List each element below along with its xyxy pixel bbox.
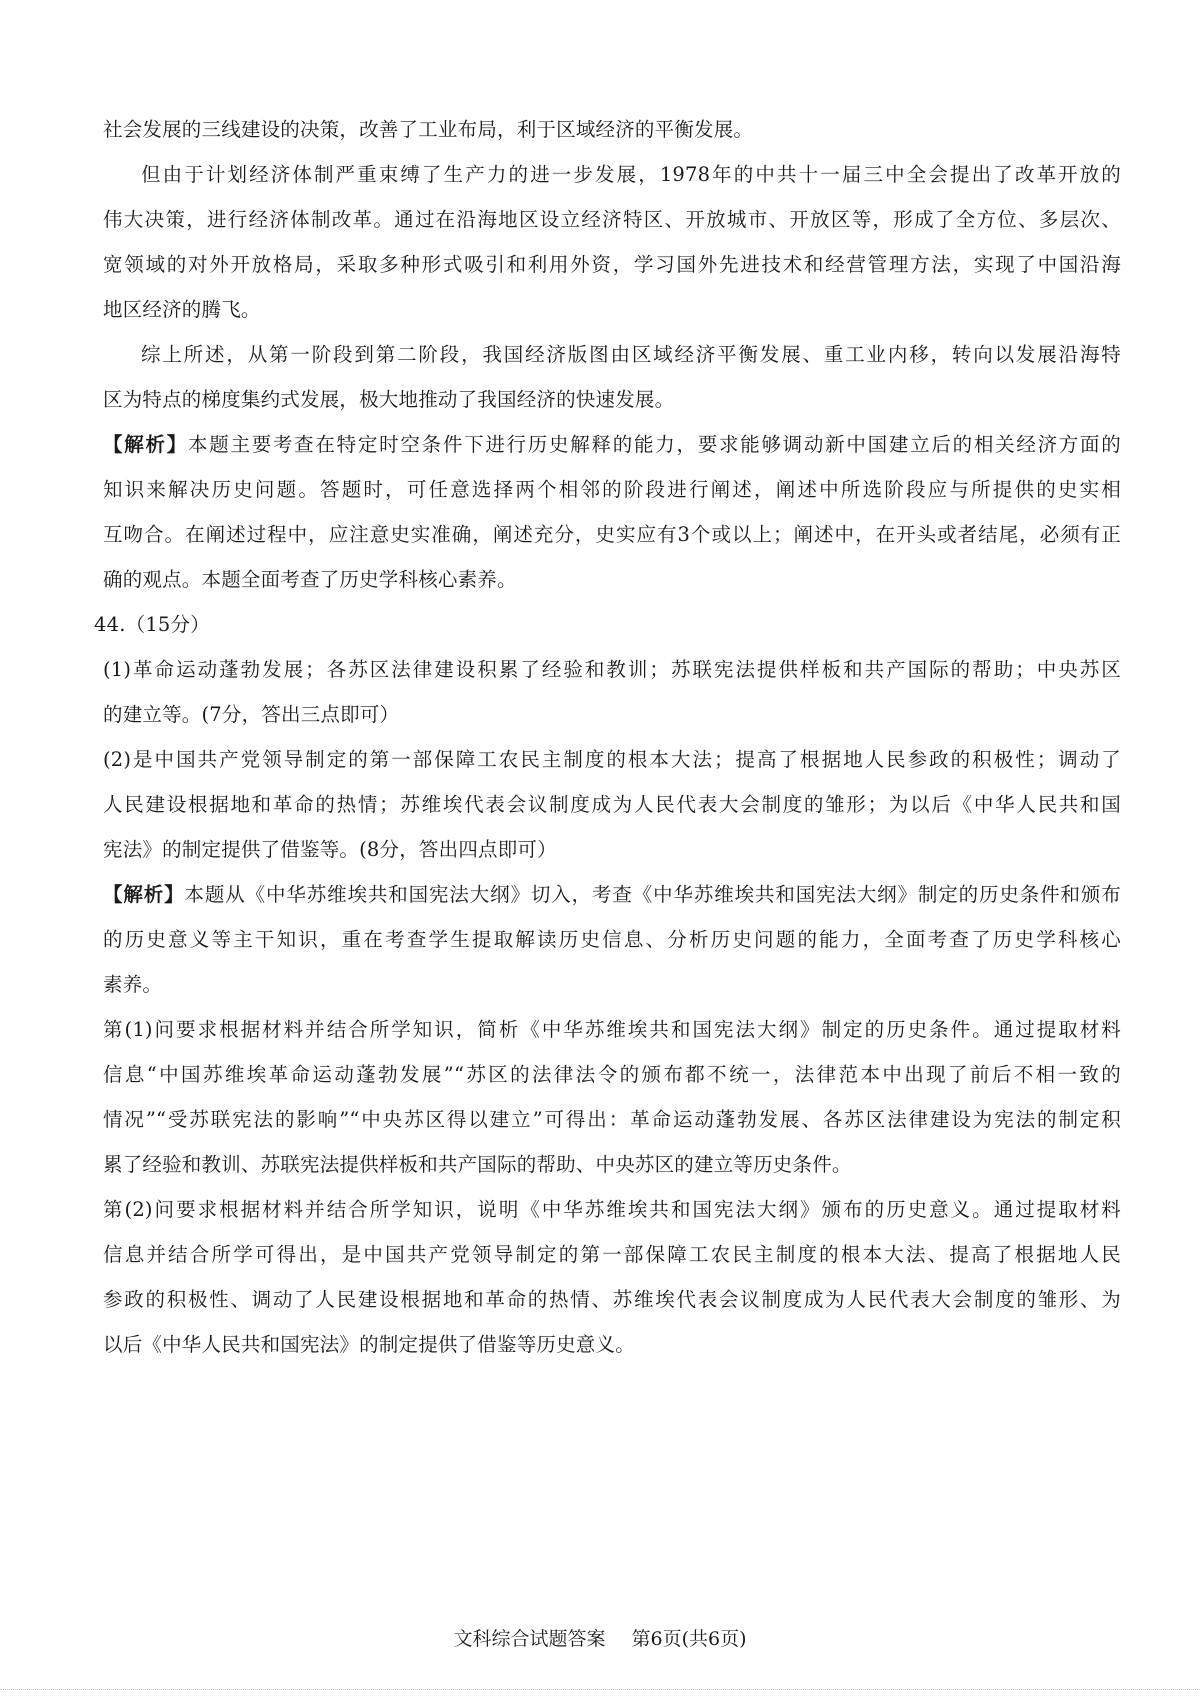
analysis-line: 【解析】本题从《中华苏维埃共和国宪法大纲》切入，考查《中华苏维埃共和国宪法大纲》…: [0, 882, 1200, 908]
text: 的历史意义等主干知识，重在考查学生提取解读历史信息、分析历史问题的能力，全面考查…: [103, 927, 1121, 953]
answer-line: 宪法》的制定提供了借鉴等。(8分，答出四点即可）: [0, 837, 1200, 863]
sub-analysis-line: 参政的积极性、调动了人民建设根据地和革命的热情、苏维埃代表会议制度成为人民代表大…: [0, 1287, 1200, 1313]
paragraph-line: 综上所述，从第一阶段到第二阶段，我国经济版图由区域经济平衡发展、重工业内移，转向…: [0, 342, 1200, 368]
paragraph-line: 地区经济的腾飞。: [0, 297, 1200, 323]
page-footer: 文科综合试题答案 第6页(共6页): [0, 1626, 1200, 1652]
paragraph-line: 伟大决策，进行经济体制改革。通过在沿海地区设立经济特区、开放城市、开放区等，形成…: [0, 207, 1200, 233]
text: 确的观点。本题全面考查了历史学科核心素养。: [103, 568, 517, 591]
analysis-line: 的历史意义等主干知识，重在考查学生提取解读历史信息、分析历史问题的能力，全面考查…: [0, 927, 1200, 953]
sub-analysis-line: 信息并结合所学可得出，是中国共产党领导制定的第一部保障工农民主制度的根本大法、提…: [0, 1242, 1200, 1268]
sub-analysis-line: 累了经验和教训、苏联宪法提供样板和共产国际的帮助、中央苏区的建立等历史条件。: [0, 1152, 1200, 1178]
text: 情况”“受苏联宪法的影响”“中央苏区得以建立”可得出：革命运动蓬勃发展、各苏区法…: [103, 1107, 1121, 1133]
text: 综上所述，从第一阶段到第二阶段，我国经济版图由区域经济平衡发展、重工业内移，转向…: [141, 342, 1121, 368]
paragraph-line: 宽领域的对外开放格局，采取多种形式吸引和利用外资，学习国外先进技术和经营管理方法…: [0, 252, 1200, 278]
text: 信息并结合所学可得出，是中国共产党领导制定的第一部保障工农民主制度的根本大法、提…: [103, 1242, 1121, 1268]
sub-analysis-line: 情况”“受苏联宪法的影响”“中央苏区得以建立”可得出：革命运动蓬勃发展、各苏区法…: [0, 1107, 1200, 1133]
analysis-line: 知识来解决历史问题。答题时，可任意选择两个相邻的阶段进行阐述，阐述中所选阶段应与…: [0, 477, 1200, 503]
question-heading: 44.（15分）: [0, 612, 1200, 638]
analysis-label: 【解析】: [103, 883, 185, 906]
page-number: 第6页(共6页): [632, 1628, 747, 1650]
page-edge-divider: [0, 1689, 1200, 1690]
paragraph-line: 但由于计划经济体制严重束缚了生产力的进一步发展，1978年的中共十一届三中全会提…: [0, 162, 1200, 188]
sub-analysis-line: 以后《中华人民共和国宪法》的制定提供了借鉴等历史意义。: [0, 1332, 1200, 1358]
text: 的建立等。(7分，答出三点即可）: [103, 703, 399, 726]
document-page: 社会发展的三线建设的决策，改善了工业布局，利于区域经济的平衡发展。 但由于计划经…: [0, 0, 1200, 1697]
analysis-line: 【解析】本题主要考查在特定时空条件下进行历史解释的能力，要求能够调动新中国建立后…: [0, 432, 1200, 458]
text: (2)是中国共产党领导制定的第一部保障工农民主制度的根本大法；提高了根据地人民参…: [103, 747, 1121, 773]
answer-line: (2)是中国共产党领导制定的第一部保障工农民主制度的根本大法；提高了根据地人民参…: [0, 747, 1200, 773]
question-points: （15分）: [126, 613, 210, 636]
question-number: 44.: [94, 613, 126, 636]
text: 人民建设根据地和革命的热情；苏维埃代表会议制度成为人民代表大会制度的雏形；为以后…: [103, 792, 1121, 818]
text: 互吻合。在阐述过程中，应注意史实准确，阐述充分，史实应有3个或以上；阐述中，在开…: [103, 522, 1121, 548]
text: 地区经济的腾飞。: [103, 298, 261, 321]
footer-title: 文科综合试题答案: [453, 1628, 605, 1650]
answer-line: 的建立等。(7分，答出三点即可）: [0, 702, 1200, 728]
text: 宪法》的制定提供了借鉴等。(8分，答出四点即可）: [103, 838, 557, 861]
paragraph-line: 社会发展的三线建设的决策，改善了工业布局，利于区域经济的平衡发展。: [0, 117, 1200, 143]
sub-analysis-line: 第(2)问要求根据材料并结合所学知识，说明《中华苏维埃共和国宪法大纲》颁布的历史…: [0, 1197, 1200, 1223]
text: 但由于计划经济体制严重束缚了生产力的进一步发展，1978年的中共十一届三中全会提…: [141, 162, 1121, 188]
analysis-line: 互吻合。在阐述过程中，应注意史实准确，阐述充分，史实应有3个或以上；阐述中，在开…: [0, 522, 1200, 548]
paragraph-line: 区为特点的梯度集约式发展，极大地推动了我国经济的快速发展。: [0, 387, 1200, 413]
answer-line: 人民建设根据地和革命的热情；苏维埃代表会议制度成为人民代表大会制度的雏形；为以后…: [0, 792, 1200, 818]
text: 累了经验和教训、苏联宪法提供样板和共产国际的帮助、中央苏区的建立等历史条件。: [103, 1153, 852, 1176]
analysis-line: 确的观点。本题全面考查了历史学科核心素养。: [0, 567, 1200, 593]
analysis-line: 素养。: [0, 972, 1200, 998]
analysis-label: 【解析】: [103, 433, 188, 456]
text: 伟大决策，进行经济体制改革。通过在沿海地区设立经济特区、开放城市、开放区等，形成…: [103, 207, 1121, 233]
text: 参政的积极性、调动了人民建设根据地和革命的热情、苏维埃代表会议制度成为人民代表大…: [103, 1287, 1121, 1313]
text: 本题主要考查在特定时空条件下进行历史解释的能力，要求能够调动新中国建立后的相关经…: [188, 433, 1121, 456]
sub-analysis-line: 第(1)问要求根据材料并结合所学知识，简析《中华苏维埃共和国宪法大纲》制定的历史…: [0, 1017, 1200, 1043]
text: 社会发展的三线建设的决策，改善了工业布局，利于区域经济的平衡发展。: [103, 118, 753, 141]
text: 素养。: [103, 973, 162, 996]
text: (1)革命运动蓬勃发展；各苏区法律建设积累了经验和教训；苏联宪法提供样板和共产国…: [103, 657, 1121, 683]
answer-line: (1)革命运动蓬勃发展；各苏区法律建设积累了经验和教训；苏联宪法提供样板和共产国…: [0, 657, 1200, 683]
sub-analysis-line: 信息“中国苏维埃革命运动蓬勃发展”“苏区的法律法令的颁布都不统一，法律范本中出现…: [0, 1062, 1200, 1088]
text: 本题从《中华苏维埃共和国宪法大纲》切入，考查《中华苏维埃共和国宪法大纲》制定的历…: [185, 883, 1122, 906]
text: 知识来解决历史问题。答题时，可任意选择两个相邻的阶段进行阐述，阐述中所选阶段应与…: [103, 477, 1121, 503]
text: 以后《中华人民共和国宪法》的制定提供了借鉴等历史意义。: [103, 1333, 635, 1356]
text: 信息“中国苏维埃革命运动蓬勃发展”“苏区的法律法令的颁布都不统一，法律范本中出现…: [103, 1062, 1121, 1088]
text: 第(1)问要求根据材料并结合所学知识，简析《中华苏维埃共和国宪法大纲》制定的历史…: [103, 1017, 1121, 1043]
text: 宽领域的对外开放格局，采取多种形式吸引和利用外资，学习国外先进技术和经营管理方法…: [103, 252, 1121, 278]
text: 区为特点的梯度集约式发展，极大地推动了我国经济的快速发展。: [103, 388, 674, 411]
text: 第(2)问要求根据材料并结合所学知识，说明《中华苏维埃共和国宪法大纲》颁布的历史…: [103, 1197, 1121, 1223]
